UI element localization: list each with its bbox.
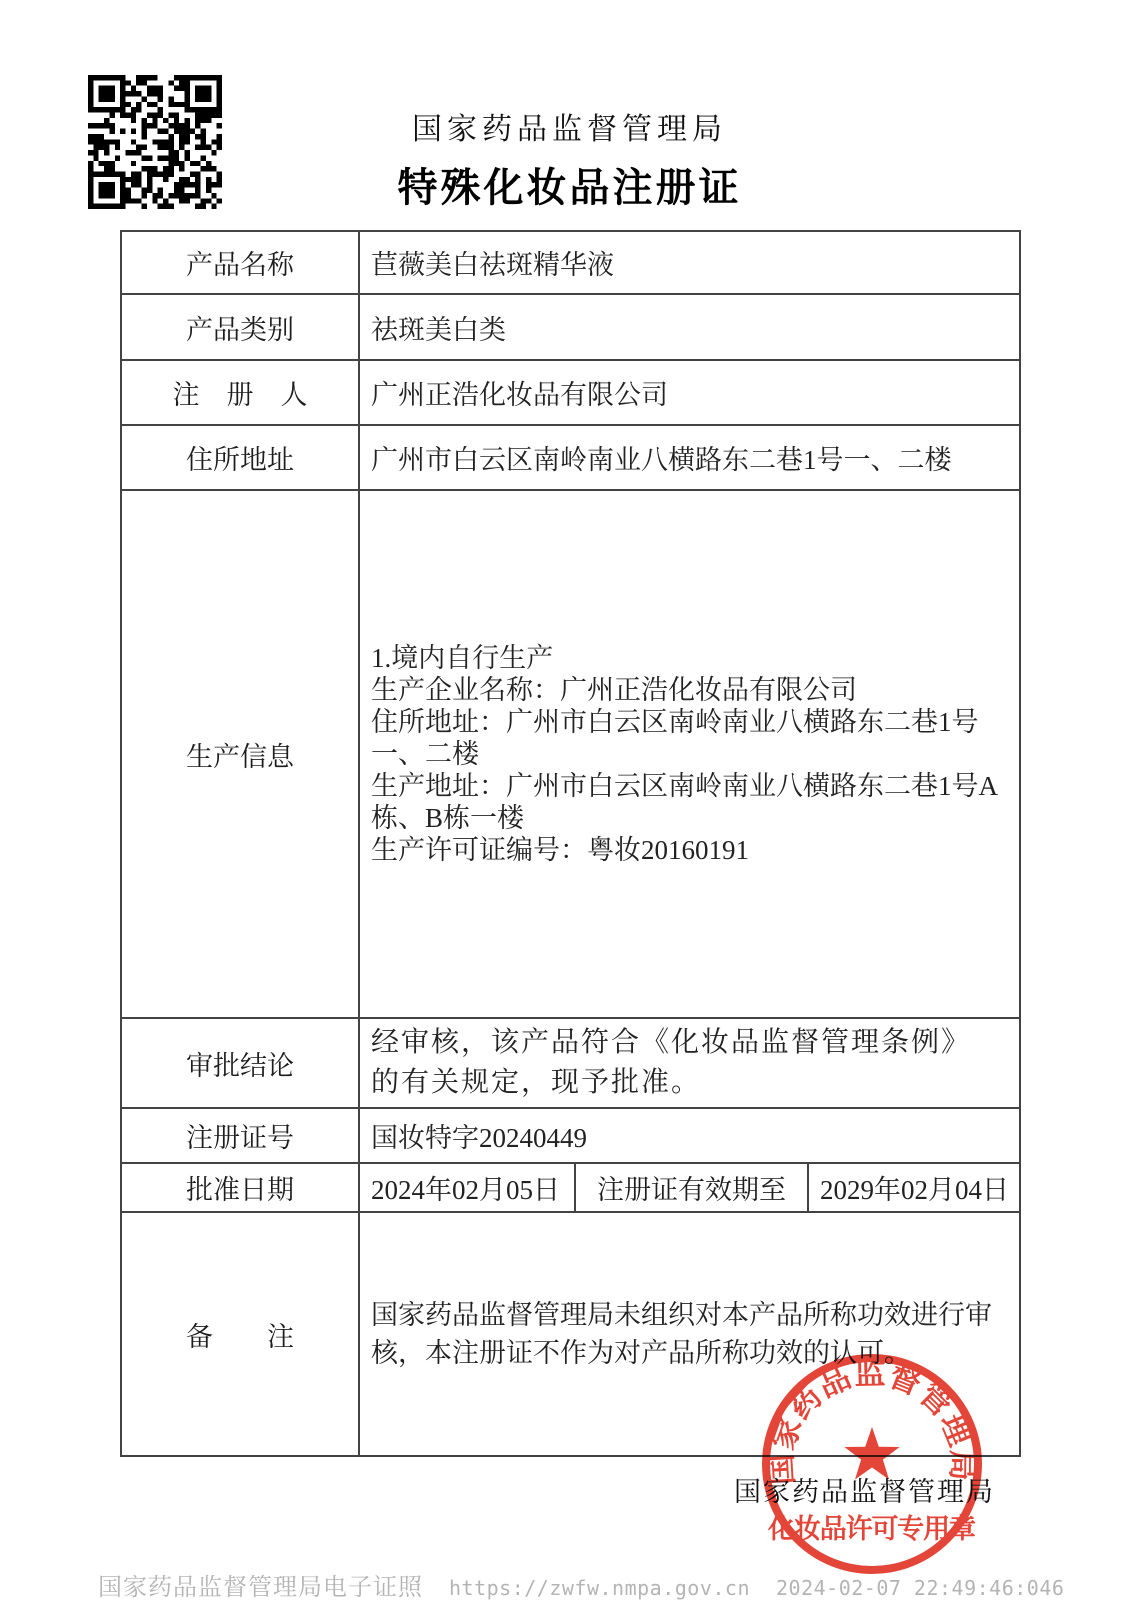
table-row: 产品类别 祛斑美白类 bbox=[121, 294, 1020, 360]
field-value-residence-address: 广州市白云区南岭南业八横路东二巷1号一、二楼 bbox=[359, 425, 1020, 490]
field-label-registration-number: 注册证号 bbox=[121, 1108, 359, 1163]
field-label-residence-address: 住所地址 bbox=[121, 425, 359, 490]
page-title: 特殊化妆品注册证 bbox=[120, 156, 1019, 213]
field-label-product-name: 产品名称 bbox=[121, 231, 359, 294]
field-value-production-info: 1.境内自行生产 生产企业名称：广州正浩化妆品有限公司 住所地址：广州市白云区南… bbox=[359, 490, 1020, 1018]
table-row: 生产信息 1.境内自行生产 生产企业名称：广州正浩化妆品有限公司 住所地址：广州… bbox=[121, 490, 1020, 1018]
field-value-valid-until: 2029年02月04日 bbox=[808, 1163, 1020, 1212]
field-label-valid-until: 注册证有效期至 bbox=[575, 1163, 808, 1212]
table-row: 注 册 人 广州正浩化妆品有限公司 bbox=[121, 360, 1020, 425]
field-label-registrant: 注 册 人 bbox=[121, 360, 359, 425]
field-value-product-category: 祛斑美白类 bbox=[359, 294, 1020, 360]
production-line: 1.境内自行生产 bbox=[371, 642, 1011, 674]
footer-issuer-label: 国家药品监督管理局电子证照 bbox=[98, 1567, 423, 1602]
official-stamp: 国家药品监督管理局 化妆品许可专用章 bbox=[742, 1334, 1002, 1594]
certificate-page: 国家药品监督管理局 特殊化妆品注册证 产品名称 苣薇美白祛斑精华液 产品类别 祛… bbox=[0, 0, 1125, 1603]
field-label-product-category: 产品类别 bbox=[121, 294, 359, 360]
field-label-approval-date: 批准日期 bbox=[121, 1163, 359, 1212]
stamp-star-icon bbox=[844, 1427, 899, 1480]
production-line: 生产企业名称：广州正浩化妆品有限公司 bbox=[371, 674, 1011, 706]
header: 国家药品监督管理局 特殊化妆品注册证 bbox=[120, 104, 1019, 213]
field-value-product-name: 苣薇美白祛斑精华液 bbox=[359, 231, 1020, 294]
footer-timestamp: 2024-02-07 22:49:46:046 bbox=[776, 1576, 1064, 1600]
field-value-approval-conclusion: 经审核，该产品符合《化妆品监督管理条例》的有关规定，现予批准。 bbox=[359, 1018, 1020, 1108]
agency-name: 国家药品监督管理局 bbox=[120, 104, 1019, 148]
table-row: 审批结论 经审核，该产品符合《化妆品监督管理条例》的有关规定，现予批准。 bbox=[121, 1018, 1020, 1108]
stamp-banner-text: 化妆品许可专用章 bbox=[767, 1513, 976, 1544]
field-value-registration-number: 国妆特字20240449 bbox=[359, 1108, 1020, 1163]
production-line: 生产地址：广州市白云区南岭南业八横路东二巷1号A栋、B栋一楼 bbox=[371, 770, 1011, 834]
field-label-production-info: 生产信息 bbox=[121, 490, 359, 1018]
table-row: 批准日期 2024年02月05日 注册证有效期至 2029年02月04日 bbox=[121, 1163, 1020, 1212]
certificate-table: 产品名称 苣薇美白祛斑精华液 产品类别 祛斑美白类 注 册 人 广州正浩化妆品有… bbox=[120, 230, 1021, 1457]
production-line: 生产许可证编号：粤妆20160191 bbox=[371, 834, 1011, 866]
field-value-approval-date: 2024年02月05日 bbox=[359, 1163, 575, 1212]
table-row: 住所地址 广州市白云区南岭南业八横路东二巷1号一、二楼 bbox=[121, 425, 1020, 490]
footer: 国家药品监督管理局电子证照 https://zwfw.nmpa.gov.cn 2… bbox=[98, 1567, 1064, 1602]
field-label-approval-conclusion: 审批结论 bbox=[121, 1018, 359, 1108]
field-label-remarks: 备 注 bbox=[121, 1212, 359, 1456]
table-row: 产品名称 苣薇美白祛斑精华液 bbox=[121, 231, 1020, 294]
production-line: 住所地址：广州市白云区南岭南业八横路东二巷1号一、二楼 bbox=[371, 706, 1011, 770]
field-value-registrant: 广州正浩化妆品有限公司 bbox=[359, 360, 1020, 425]
footer-url: https://zwfw.nmpa.gov.cn bbox=[449, 1576, 750, 1600]
table-row: 注册证号 国妆特字20240449 bbox=[121, 1108, 1020, 1163]
